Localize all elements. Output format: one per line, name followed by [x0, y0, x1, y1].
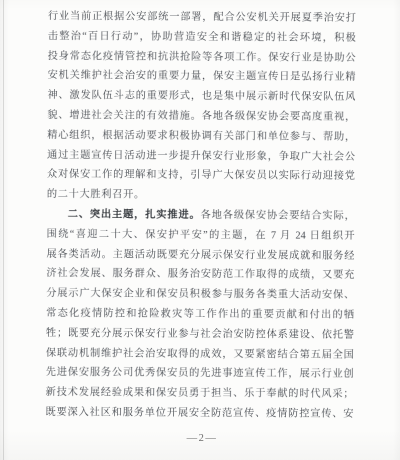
section-heading-line: 二、突出主题，扎实推进。各地各级保安协会要结合实际， — [47, 205, 355, 227]
document-line: 先进保安服务公司优秀保安员的先进事迹宣传工作，展示行业创 — [46, 363, 354, 385]
document-line: 新技术发展经验成果和保安员勇于担当、乐于奉献的时代风采； — [46, 383, 354, 405]
document-line: 安机关维护社会治安的重要力量，保安主题宣传日是弘扬行业精 — [48, 66, 356, 88]
document-line: 貌、增进社会关注的有效措施。各地各级保安协会要高度重视， — [47, 106, 355, 128]
document-line: 保联动机制维护社会治安取得的成效，又要紧密结合第五届全国 — [46, 344, 354, 366]
document-line: 行业当前正根据公安部统一部署，配合公安机关开展夏季治安打 — [48, 7, 356, 29]
document-line: 的二十大胜利召开。 — [47, 185, 355, 207]
document-body: 行业当前正根据公安部统一部署，配合公安机关开展夏季治安打 击整治“百日行动”，协… — [45, 7, 356, 425]
document-line: 分展示广大保安企业和保安员积极参与服务各类重大活动安保、 — [46, 284, 354, 306]
document-line: 牲；既要充分展示保安行业参与社会治安防控体系建设、依托警 — [46, 324, 354, 346]
document-line: 既要深入社区和服务单位开展安全防范宣传、疫情防控宣传、安 — [45, 403, 353, 425]
document-line: 展各类活动。主题活动既要充分展示保安行业发展成就和服务经 — [46, 245, 354, 267]
document-line: 济社会发展、服务群众、服务治安防范工作取得的成绩，又要充 — [46, 264, 354, 286]
document-line: 精心组织，根据活动要求积极协调有关部门和单位参与、帮助， — [47, 126, 355, 148]
document-line: 投身常态化疫情管控和抗洪抢险等各项工作。保安行业是协助公 — [48, 47, 356, 69]
document-line: 神、激发队伍斗志的重要形式，也是集中展示新时代保安队伍风 — [47, 86, 355, 108]
document-line: 通过主题宣传日活动进一步提升保安行业形象，争取广大社会公 — [47, 146, 355, 168]
page-number: —2— — [48, 433, 356, 444]
scanned-document-page: 行业当前正根据公安部统一部署，配合公安机关开展夏季治安打 击整治“百日行动”，协… — [0, 0, 400, 460]
document-line: 围绕“喜迎二十大、保安护平安”的主题，在 7 月 24 日组织开 — [47, 225, 355, 247]
document-line: 击整治“百日行动”，协助营造安全和谐稳定的社会环境，积极 — [48, 27, 356, 49]
document-line: 众对保安工作的理解和支持，引导广大保安员以实际行动迎接党 — [47, 165, 355, 187]
page-edge-shadow — [3, 0, 4, 460]
document-line: 常态化疫情防控和抢险救灾等工作作出的重要贡献和付出的牺 — [46, 304, 354, 326]
section-heading-rest: 各地各级保安协会要结合实际， — [201, 210, 355, 222]
section-heading-bold: 二、突出主题，扎实推进。 — [68, 209, 201, 221]
